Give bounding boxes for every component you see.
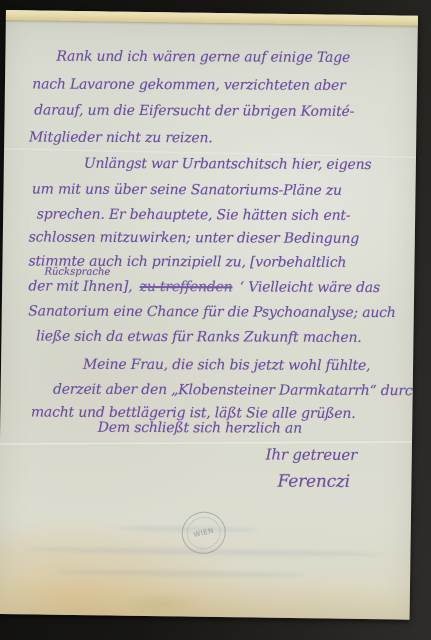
correction-text-after: ‘ Vielleicht wäre das xyxy=(240,279,380,296)
letter-line-with-correction: Rücksprache der mit Ihnen], zu treffende… xyxy=(28,278,380,296)
letter-line: Mitglieder nicht zu reizen. xyxy=(29,129,213,146)
inserted-word-above-line: Rücksprache xyxy=(44,267,110,278)
scanned-letter-page: { "page": { "background_color": "#171613… xyxy=(0,0,431,640)
letter-line: ließe sich da etwas für Ranks Zukunft ma… xyxy=(36,329,361,346)
letter-line: nach Lavarone gekommen, verzichteten abe… xyxy=(32,76,345,93)
correction-text-before: der mit Ihnen], xyxy=(28,278,132,294)
letter-line: darauf, um die Eifersucht der übrigen Ko… xyxy=(34,103,354,120)
struck-through-text: zu treffenden xyxy=(140,279,233,295)
signature: Ferenczi xyxy=(278,472,350,492)
letter-line: um mit uns über seine Sanatoriums-Pläne … xyxy=(32,181,342,198)
letter-line: Rank und ich wären gerne auf einige Tage xyxy=(56,49,350,66)
letter-line: sprechen. Er behauptete, Sie hätten sich… xyxy=(37,207,351,224)
letter-line: Dem schließt sich herzlich an xyxy=(98,420,302,437)
letter-line: Unlängst war Urbantschitsch hier, eigens xyxy=(84,156,372,173)
letter-line: Meine Frau, die sich bis jetzt wohl fühl… xyxy=(83,357,370,374)
valediction: Ihr getreuer xyxy=(266,446,357,464)
stamp-center-text: WIEN xyxy=(193,527,215,540)
letter-line: derzeit aber den „Klobensteiner Darmkata… xyxy=(53,382,418,400)
letter-paper: Rank und ich wären gerne auf einige Tage… xyxy=(0,10,418,620)
letter-line: schlossen mitzuwirken; unter dieser Bedi… xyxy=(29,229,359,246)
letter-line: Sanatorium eine Chance für die Psychoana… xyxy=(28,303,395,321)
